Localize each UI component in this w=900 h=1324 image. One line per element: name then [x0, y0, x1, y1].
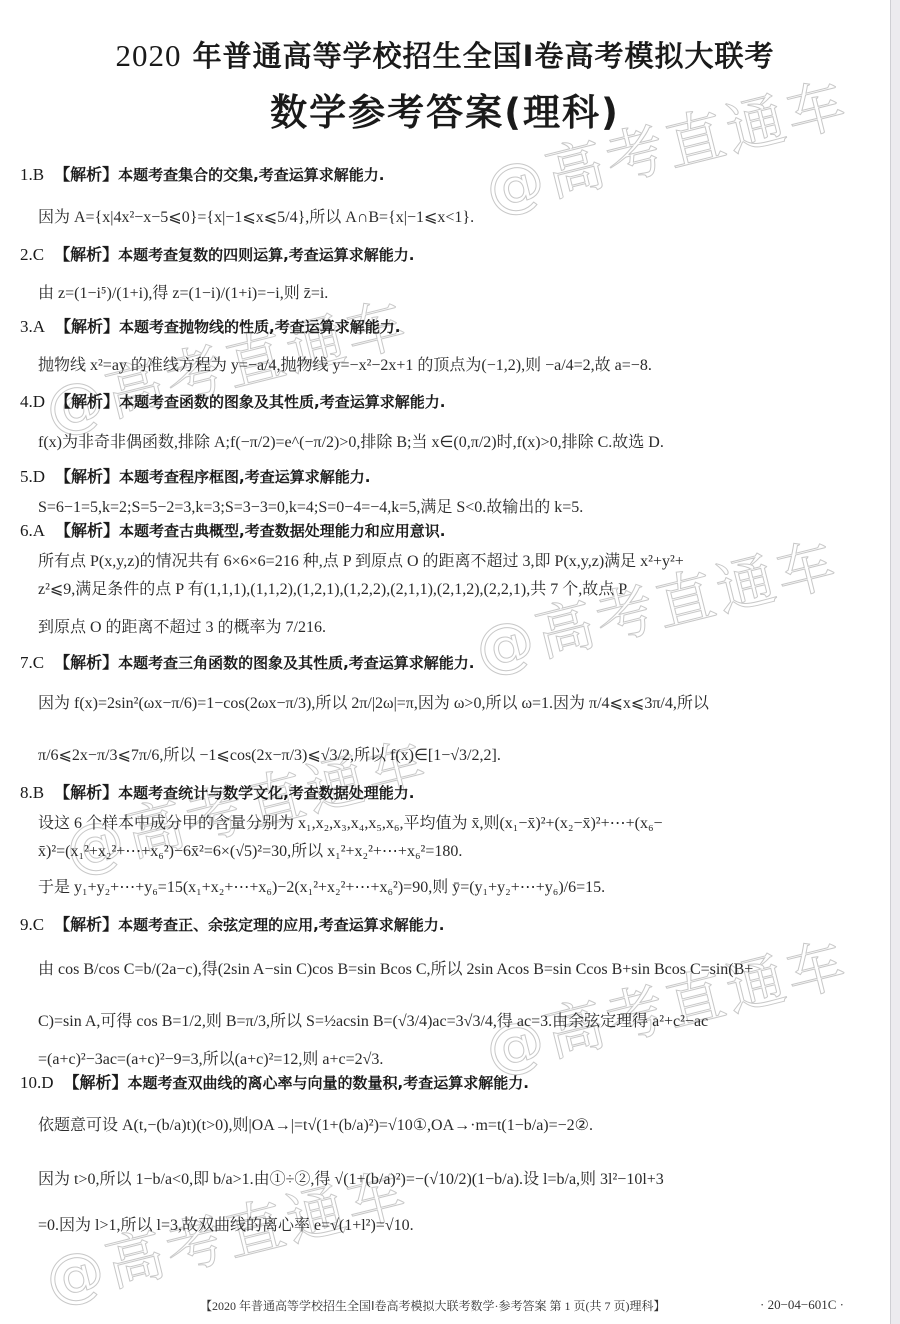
solution-line: 到原点 O 的距离不超过 3 的概率为 7/216. — [38, 614, 326, 637]
question-5: 5.D【解析】本题考查程序框图,考查运算求解能力. — [20, 466, 870, 488]
solution-line: C)=sin A,可得 cos B=1/2,则 B=π/3,所以 S=½acsi… — [38, 1008, 708, 1031]
question-header: 10.D【解析】本题考查双曲线的离心率与向量的数量积,考查运算求解能力. — [20, 1072, 870, 1094]
question-7: 7.C【解析】本题考查三角函数的图象及其性质,考查运算求解能力. — [20, 652, 870, 674]
solution-line: f(x)为非奇非偶函数,排除 A;f(−π/2)=e^(−π/2)>0,排除 B… — [38, 429, 664, 452]
question-header: 8.B【解析】本题考查统计与数学文化,考查数据处理能力. — [20, 782, 870, 804]
solution-line: 因为 f(x)=2sin²(ωx−π/6)=1−cos(2ωx−π/3),所以 … — [38, 690, 709, 713]
document-page: @高考直通车 @高考直通车 @高考直通车 @高考直通车 @高考直通车 @高考直通… — [0, 0, 891, 1324]
solution-line: =(a+c)²−3ac=(a+c)²−9=3,所以(a+c)²=12,则 a+c… — [38, 1046, 383, 1069]
question-number: 2.C — [20, 245, 44, 264]
title-year: 2020 — [116, 38, 182, 73]
analysis-tag: 【解析】 — [55, 467, 119, 486]
question-description: 本题考查抛物线的性质,考查运算求解能力. — [119, 318, 400, 336]
question-number: 8.B — [20, 783, 44, 802]
solution-line: 由 cos B/cos C=b/(2a−c),得(2sin A−sin C)co… — [38, 956, 753, 979]
question-number: 4.D — [20, 392, 45, 411]
solution-line: 设这 6 个样本中成分甲的含量分别为 x₁,x₂,x₃,x₄,x₅,x₆,平均值… — [38, 810, 663, 833]
question-header: 6.A【解析】本题考查古典概型,考查数据处理能力和应用意识. — [20, 520, 870, 542]
question-description: 本题考查古典概型,考查数据处理能力和应用意识. — [119, 522, 445, 540]
question-1: 1.B【解析】本题考查集合的交集,考查运算求解能力. — [20, 164, 870, 186]
question-number: 5.D — [20, 467, 45, 486]
question-2: 2.C【解析】本题考查复数的四则运算,考查运算求解能力. — [20, 244, 870, 266]
analysis-tag: 【解析】 — [55, 317, 119, 336]
title-main: 年普通高等学校招生全国Ⅰ卷高考模拟大联考 — [193, 39, 775, 73]
analysis-tag: 【解析】 — [55, 392, 119, 411]
question-number: 3.A — [20, 317, 45, 336]
question-number: 6.A — [20, 521, 45, 540]
solution-line: 因为 A={x|4x²−x−5⩽0}={x|−1⩽x⩽5/4},所以 A∩B={… — [38, 204, 474, 227]
question-8: 8.B【解析】本题考查统计与数学文化,考查数据处理能力. — [20, 782, 870, 804]
page-footer: 【2020 年普通高等学校招生全国Ⅰ卷高考模拟大联考数学·参考答案 第 1 页(… — [200, 1297, 666, 1314]
solution-line: z²⩽9,满足条件的点 P 有(1,1,1),(1,1,2),(1,2,1),(… — [38, 576, 627, 599]
solution-line: 所有点 P(x,y,z)的情况共有 6×6×6=216 种,点 P 到原点 O … — [38, 548, 684, 571]
question-number: 9.C — [20, 915, 44, 934]
analysis-tag: 【解析】 — [54, 915, 118, 934]
document-subtitle: 数学参考答案(理科) — [0, 82, 890, 136]
question-description: 本题考查正、余弦定理的应用,考查运算求解能力. — [118, 916, 444, 934]
solution-line: 依题意可设 A(t,−(b/a)t)(t>0),则|OA→|=t√(1+(b/a… — [38, 1112, 593, 1135]
analysis-tag: 【解析】 — [55, 521, 119, 540]
question-description: 本题考查复数的四则运算,考查运算求解能力. — [118, 246, 414, 264]
question-header: 1.B【解析】本题考查集合的交集,考查运算求解能力. — [20, 164, 870, 186]
solution-line: S=6−1=5,k=2;S=5−2=3,k=3;S=3−3=0,k=4;S=0−… — [38, 494, 583, 517]
solution-line: 由 z=(1−i⁵)/(1+i),得 z=(1−i)/(1+i)=−i,则 z̄… — [38, 280, 328, 303]
solution-line: =0.因为 l>1,所以 l=3,故双曲线的离心率 e=√(1+l²)=√10. — [38, 1212, 414, 1235]
document-code: · 20−04−601C · — [760, 1297, 844, 1313]
analysis-tag: 【解析】 — [54, 783, 118, 802]
document-title: 2020 年普通高等学校招生全国Ⅰ卷高考模拟大联考 — [0, 34, 890, 75]
analysis-tag: 【解析】 — [54, 653, 118, 672]
question-header: 9.C【解析】本题考查正、余弦定理的应用,考查运算求解能力. — [20, 914, 870, 936]
question-header: 3.A【解析】本题考查抛物线的性质,考查运算求解能力. — [20, 316, 870, 338]
watermark: @高考直通车 — [475, 916, 856, 1088]
solution-line: π/6⩽2x−π/3⩽7π/6,所以 −1⩽cos(2x−π/3)⩽√3/2,所… — [38, 742, 501, 765]
question-header: 2.C【解析】本题考查复数的四则运算,考查运算求解能力. — [20, 244, 870, 266]
solution-line: 于是 y₁+y₂+⋯+y₆=15(x₁+x₂+⋯+x₆)−2(x₁²+x₂²+⋯… — [38, 874, 605, 897]
question-header: 4.D【解析】本题考查函数的图象及其性质,考查运算求解能力. — [20, 391, 870, 413]
question-header: 7.C【解析】本题考查三角函数的图象及其性质,考查运算求解能力. — [20, 652, 870, 674]
analysis-tag: 【解析】 — [64, 1073, 128, 1092]
analysis-tag: 【解析】 — [54, 165, 118, 184]
question-number: 7.C — [20, 653, 44, 672]
solution-line: 抛物线 x²=ay 的准线方程为 y=−a/4,抛物线 y=−x²−2x+1 的… — [38, 352, 652, 375]
question-description: 本题考查程序框图,考查运算求解能力. — [119, 468, 370, 486]
question-description: 本题考查集合的交集,考查运算求解能力. — [118, 166, 384, 184]
question-10: 10.D【解析】本题考查双曲线的离心率与向量的数量积,考查运算求解能力. — [20, 1072, 870, 1094]
question-description: 本题考查三角函数的图象及其性质,考查运算求解能力. — [118, 654, 474, 672]
question-description: 本题考查函数的图象及其性质,考查运算求解能力. — [119, 393, 445, 411]
analysis-tag: 【解析】 — [54, 245, 118, 264]
question-description: 本题考查统计与数学文化,考查数据处理能力. — [118, 784, 414, 802]
question-number: 1.B — [20, 165, 44, 184]
solution-line: x̄)²=(x₁²+x₂²+⋯+x₆²)−6x̄²=6×(√5)²=30,所以 … — [38, 838, 462, 861]
question-description: 本题考查双曲线的离心率与向量的数量积,考查运算求解能力. — [128, 1074, 529, 1092]
question-4: 4.D【解析】本题考查函数的图象及其性质,考查运算求解能力. — [20, 391, 870, 413]
question-number: 10.D — [20, 1073, 54, 1092]
question-6: 6.A【解析】本题考查古典概型,考查数据处理能力和应用意识. — [20, 520, 870, 542]
question-header: 5.D【解析】本题考查程序框图,考查运算求解能力. — [20, 466, 870, 488]
question-3: 3.A【解析】本题考查抛物线的性质,考查运算求解能力. — [20, 316, 870, 338]
solution-line: 因为 t>0,所以 1−b/a<0,即 b/a>1.由①÷②,得 √(1+(b/… — [38, 1166, 664, 1189]
question-9: 9.C【解析】本题考查正、余弦定理的应用,考查运算求解能力. — [20, 914, 870, 936]
